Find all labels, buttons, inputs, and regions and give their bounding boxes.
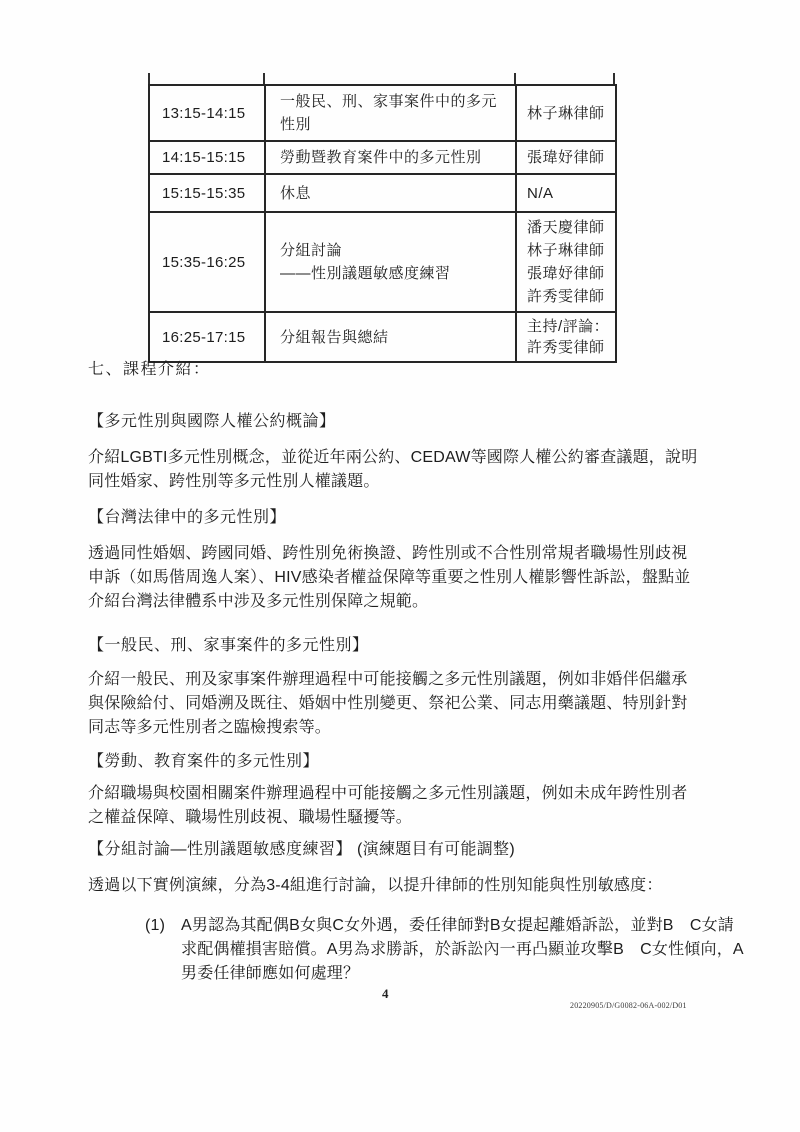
section-heading-taiwan-law: 【台灣法律中的多元性別】 [88, 508, 760, 528]
table-continuation-lines [148, 73, 615, 84]
topic-cell: 分組報告與總結 [265, 312, 516, 362]
section-body-civil-criminal-family: 介紹一般民、刑及家事案件辦理過程中可能接觸之多元性別議題，例如非婚伴侶繼承 與保… [88, 668, 756, 740]
exercise-item-text: A男認為其配偶B女與C女外遇，委任律師對B女提起離婚訴訟，並對B C女請 求配偶… [181, 914, 747, 986]
time-cell: 16:25-17:15 [149, 312, 265, 362]
section-heading-civil-criminal-family: 【一般民、刑、家事案件的多元性別】 [88, 636, 760, 656]
table-border-stub [514, 73, 516, 84]
topic-cell: 休息 [265, 174, 516, 212]
table-border-stub [613, 73, 615, 84]
table-row: 15:15-15:35 休息 N/A [149, 174, 616, 212]
section-body-taiwan-law: 透過同性婚姻、跨國同婚、跨性別免術換證、跨性別或不合性別常規者職場性別歧視 申訴… [88, 542, 756, 614]
lecturer-cell: 林子琳律師 [516, 85, 616, 141]
document-code: 20220905/D/G0082-06A-002/D01 [570, 1001, 687, 1010]
table-border-stub [148, 73, 150, 84]
section-body-labor-education: 介紹職場與校園相關案件辦理過程中可能接觸之多元性別議題，例如未成年跨性別者 之權… [88, 782, 756, 830]
group-discussion-heading: 【分組討論—性別議題敏感度練習】 [88, 841, 352, 858]
lecturer-cell: 潘天慶律師 林子琳律師 張瑋妤律師 許秀雯律師 [516, 212, 616, 312]
topic-cell: 分組討論 ——性別議題敏感度練習 [265, 212, 516, 312]
time-cell: 14:15-15:15 [149, 141, 265, 174]
time-cell: 13:15-14:15 [149, 85, 265, 141]
page-number: 4 [382, 986, 389, 1002]
topic-cell: 一般民、刑、家事案件中的多元性別 [265, 85, 516, 141]
table-border-stub [263, 73, 265, 84]
document-page: 13:15-14:15 一般民、刑、家事案件中的多元性別 林子琳律師 14:15… [0, 0, 800, 1132]
topic-cell: 勞動暨教育案件中的多元性別 [265, 141, 516, 174]
exercise-intro: 透過以下實例演練，分為3-4組進行討論，以提升律師的性別知能與性別敏感度： [88, 874, 756, 898]
lecturer-cell: N/A [516, 174, 616, 212]
course-introduction: 七、課程介紹： 【多元性別與國際人權公約概論】 介紹LGBTI多元性別概念，並從… [88, 360, 760, 986]
time-cell: 15:35-16:25 [149, 212, 265, 312]
lecturer-cell: 張瑋妤律師 [516, 141, 616, 174]
table-row: 16:25-17:15 分組報告與總結 主持/評論： 許秀雯律師 [149, 312, 616, 362]
table-row: 15:35-16:25 分組討論 ——性別議題敏感度練習 潘天慶律師 林子琳律師… [149, 212, 616, 312]
table-row: 14:15-15:15 勞動暨教育案件中的多元性別 張瑋妤律師 [149, 141, 616, 174]
schedule-table: 13:15-14:15 一般民、刑、家事案件中的多元性別 林子琳律師 14:15… [148, 84, 617, 363]
section-heading-group-discussion: 【分組討論—性別議題敏感度練習】(演練題目有可能調整) [88, 840, 760, 860]
lecturer-cell: 主持/評論： 許秀雯律師 [516, 312, 616, 362]
section-title: 七、課程介紹： [88, 360, 760, 380]
group-discussion-note: (演練題目有可能調整) [357, 841, 515, 858]
exercise-item-number: (1) [145, 914, 181, 986]
table-row: 13:15-14:15 一般民、刑、家事案件中的多元性別 林子琳律師 [149, 85, 616, 141]
exercise-item: (1) A男認為其配偶B女與C女外遇，委任律師對B女提起離婚訴訟，並對B C女請… [145, 914, 760, 986]
section-heading-labor-education: 【勞動、教育案件的多元性別】 [88, 752, 760, 772]
section-body-overview: 介紹LGBTI多元性別概念，並從近年兩公約、CEDAW等國際人權公約審查議題，說… [88, 446, 756, 494]
section-heading-overview: 【多元性別與國際人權公約概論】 [88, 412, 760, 432]
time-cell: 15:15-15:35 [149, 174, 265, 212]
